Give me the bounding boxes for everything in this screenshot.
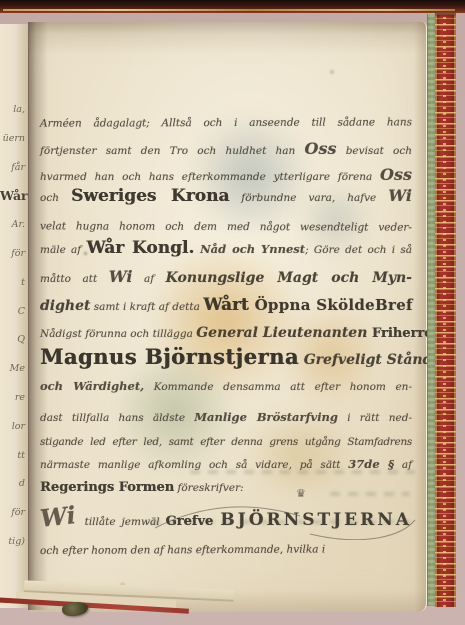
line-text: ; Göre det och i så — [305, 244, 412, 256]
line-text: förtjenster samt den Tro och huldhet han — [40, 145, 305, 157]
left-page-fragment: la, — [0, 96, 28, 125]
line-text: af — [394, 459, 412, 471]
ornate-initial: Wi — [388, 186, 412, 205]
left-page-fragment: Ar. — [0, 211, 28, 240]
manuscript-line: dighet samt i kraft af detta Wårt Öppna … — [40, 295, 412, 315]
left-page-fragment: tt — [0, 442, 28, 471]
manuscript-line: Arméen ådagalagt; Alltså och i anseende … — [40, 110, 412, 130]
manuscript-line: och Sweriges Krona förbundne vara, hafve… — [40, 186, 412, 206]
blackletter-text: Friherre — [367, 326, 432, 341]
manuscript-line: mäle af Wår Kongl. Nåd och Ynnest; Göre … — [40, 238, 412, 258]
left-page-fragment: d — [0, 470, 28, 499]
script-text: General Lieutenanten — [196, 325, 367, 341]
line-text: måtto att — [40, 273, 109, 285]
manuscript-line: närmaste manlige afkomling och så vidare… — [40, 453, 412, 472]
line-text: tillåte jemwäl — [79, 516, 166, 528]
manuscript-line: Nådigst förunna och tillägga General Lie… — [40, 322, 412, 341]
script-text: Grefveligt Stånd — [299, 352, 433, 368]
right-cover-gilt-border — [435, 11, 456, 608]
foxing-spot — [330, 70, 334, 74]
manuscript-line: och efter honom den af hans efterkommand… — [40, 537, 412, 558]
manuscript-line: dast tillfalla hans äldste Manlige Bröst… — [40, 406, 412, 425]
ornate-initial: Oss — [305, 139, 337, 158]
left-page-fragment: för — [0, 499, 28, 528]
blackletter-text: Wår Kongl. — [86, 238, 194, 258]
book-photograph: la, üern får Wår Ar. för t C Q Me re lor… — [0, 0, 465, 625]
line-text: Arméen ådagalagt; Alltså och i anseende … — [40, 116, 412, 129]
manuscript-line: Magnus Björnstjerna Grefveligt Stånd — [40, 344, 412, 369]
line-text: Kommande densamma att efter honom en- — [144, 381, 412, 393]
manuscript-line: velat hugna honom och dem med något wese… — [40, 214, 412, 234]
left-page-fragment: re — [0, 384, 28, 413]
left-page-fragment: får — [0, 154, 28, 183]
blackletter-text: Regerings Formen — [40, 480, 174, 495]
name-capitals: BJÖRNSTJERNA — [220, 510, 412, 530]
left-page-fragment: Q — [0, 326, 28, 355]
line-text: förbundne vara, hafve — [229, 192, 388, 204]
line-text: Nådigst förunna och tillägga — [40, 328, 196, 340]
top-binding-edge — [0, 0, 465, 13]
previous-page-strip: la, üern får Wår Ar. för t C Q Me re lor… — [0, 24, 28, 608]
blackletter-text: Sweriges Krona — [71, 186, 229, 206]
line-text: stigande led efter led, samt efter denna… — [40, 436, 412, 448]
line-text: samt i kraft af detta — [90, 301, 203, 313]
line-text: bevisat och — [336, 145, 412, 157]
line-text: mäle af — [40, 244, 86, 256]
blackletter-text: Wårt — [203, 295, 254, 315]
line-text: närmaste manlige afkomling och så vidare… — [40, 459, 348, 471]
line-text: och efter honom den af hans efterkommand… — [40, 543, 325, 556]
ornate-initial: Wi — [109, 267, 133, 286]
line-text: och Wärdighet, — [40, 379, 144, 393]
left-page-fragment: Wår — [0, 182, 28, 211]
blackletter-text: Grefve — [166, 514, 221, 529]
left-page-fragment: för — [0, 240, 28, 269]
line-text: Manlige Bröstarfving — [194, 410, 338, 424]
crown-icon: ♛ — [296, 487, 306, 500]
left-page-fragment: üern — [0, 125, 28, 154]
paragraph-reference: 37de § — [348, 457, 394, 471]
left-page-fragment: C — [0, 298, 28, 327]
line-text: velat hugna honom och dem med något wese… — [40, 220, 412, 233]
line-text: dast tillfalla hans äldste — [40, 412, 194, 424]
left-page-fragment: tig) — [0, 528, 28, 557]
roman-text: Öppna SköldeBref — [255, 296, 413, 314]
line-text: af — [132, 273, 165, 285]
manuscript-line: och Wärdighet, Kommande densamma att eft… — [40, 375, 412, 394]
name-blackletter: Magnus Björnstjerna — [40, 344, 299, 369]
line-text: föreskrifver: — [174, 482, 244, 494]
manuscript-line: måtto att Wi af Konungslige Magt och Myn… — [40, 267, 412, 286]
left-page-fragment: Me — [0, 355, 28, 384]
manuscript-line: stigande led efter led, samt efter denna… — [40, 430, 412, 449]
gold-fillet-line — [3, 9, 455, 11]
line-text: och — [40, 192, 71, 204]
ornate-monogram: Wi — [39, 500, 77, 533]
manuscript-line: Regerings Formen föreskrifver: — [40, 476, 412, 495]
manuscript-line: förtjenster samt den Tro och huldhet han… — [40, 139, 412, 158]
left-page-fragment: lor — [0, 413, 28, 442]
line-text: i rätt ned- — [338, 412, 412, 424]
ornate-initial: Oss — [380, 165, 412, 184]
manuscript-line: hvarmed han och hans efterkommande ytter… — [40, 165, 412, 184]
script-text: dighet — [40, 298, 90, 314]
manuscript-line: Wi tillåte jemwäl Grefve BJÖRNSTJERNA — [40, 502, 412, 531]
left-page-fragment: t — [0, 269, 28, 298]
line-text: Nåd och Ynnest — [194, 242, 305, 256]
line-text: hvarmed han och hans efterkommande ytter… — [40, 171, 380, 183]
script-text: Konungslige Magt och Myn- — [166, 270, 412, 286]
